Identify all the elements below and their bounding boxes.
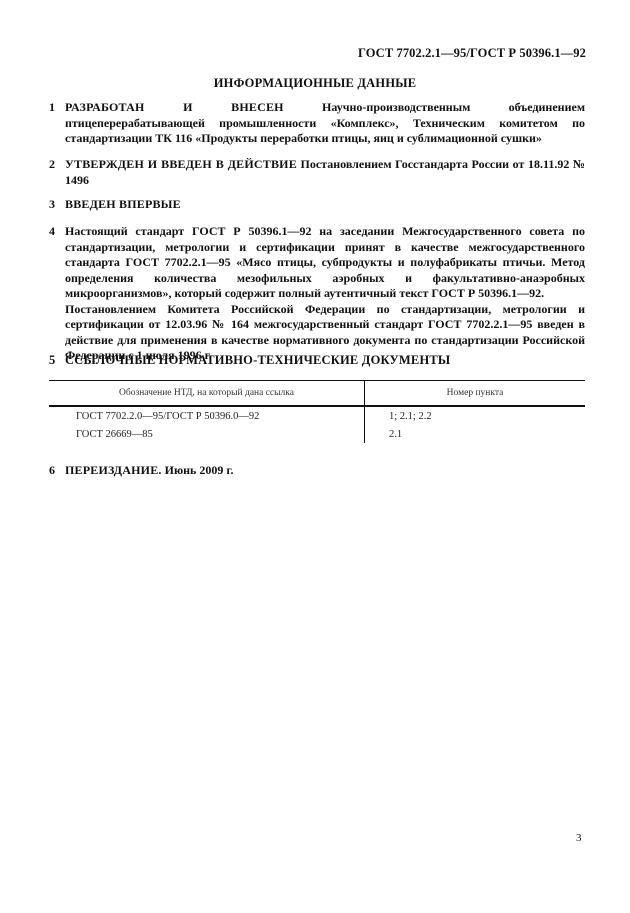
item-lead: УТВЕРЖДЕН И ВВЕДЕН В ДЕЙСТВИЕ [65, 157, 297, 171]
column-header: Номер пункта [365, 381, 586, 407]
item-number: 3 [49, 197, 65, 213]
item-paragraph: Настоящий стандарт ГОСТ Р 50396.1—92 на … [65, 224, 585, 302]
info-item-4: 4 Настоящий стандарт ГОСТ Р 50396.1—92 н… [49, 224, 585, 364]
info-item-6: 6 ПЕРЕИЗДАНИЕ. Июнь 2009 г. [49, 463, 585, 479]
item-number: 5 [49, 353, 65, 369]
info-item-1: 1 РАЗРАБОТАН И ВНЕСЕН Научно-производств… [49, 100, 585, 147]
section-heading: ССЫЛОЧНЫЕ НОРМАТИВНО-ТЕХНИЧЕСКИЕ ДОКУМЕН… [65, 353, 450, 367]
page-number: 3 [576, 832, 582, 844]
table-cell: 1; 2.1; 2.2 [365, 406, 586, 425]
item-lead: ПЕРЕИЗДАНИЕ. [65, 463, 162, 477]
item-number: 6 [49, 463, 65, 479]
info-item-5: 5 ССЫЛОЧНЫЕ НОРМАТИВНО-ТЕХНИЧЕСКИЕ ДОКУМ… [49, 353, 585, 369]
info-item-2: 2 УТВЕРЖДЕН И ВВЕДЕН В ДЕЙСТВИЕ Постанов… [49, 157, 585, 188]
table-header-row: Обозначение НТД, на который дана ссылка … [49, 381, 585, 407]
table-cell: ГОСТ 26669—85 [49, 425, 365, 443]
table-row: ГОСТ 26669—85 2.1 [49, 425, 585, 443]
table-cell: ГОСТ 7702.2.0—95/ГОСТ Р 50396.0—92 [49, 406, 365, 425]
document-code-header: ГОСТ 7702.2.1—95/ГОСТ Р 50396.1—92 [358, 46, 586, 61]
item-number: 2 [49, 157, 65, 173]
table-cell: 2.1 [365, 425, 586, 443]
item-number: 4 [49, 224, 65, 240]
item-lead: ВВЕДЕН ВПЕРВЫЕ [65, 197, 181, 211]
page-title: ИНФОРМАЦИОННЫЕ ДАННЫЕ [0, 76, 630, 91]
reference-documents-table: Обозначение НТД, на который дана ссылка … [49, 380, 585, 443]
item-number: 1 [49, 100, 65, 116]
column-header: Обозначение НТД, на который дана ссылка [49, 381, 365, 407]
item-text: Июнь 2009 г. [162, 463, 234, 477]
table-row: ГОСТ 7702.2.0—95/ГОСТ Р 50396.0—92 1; 2.… [49, 406, 585, 425]
info-item-3: 3 ВВЕДЕН ВПЕРВЫЕ [49, 197, 585, 213]
item-lead: РАЗРАБОТАН И ВНЕСЕН [65, 100, 284, 114]
